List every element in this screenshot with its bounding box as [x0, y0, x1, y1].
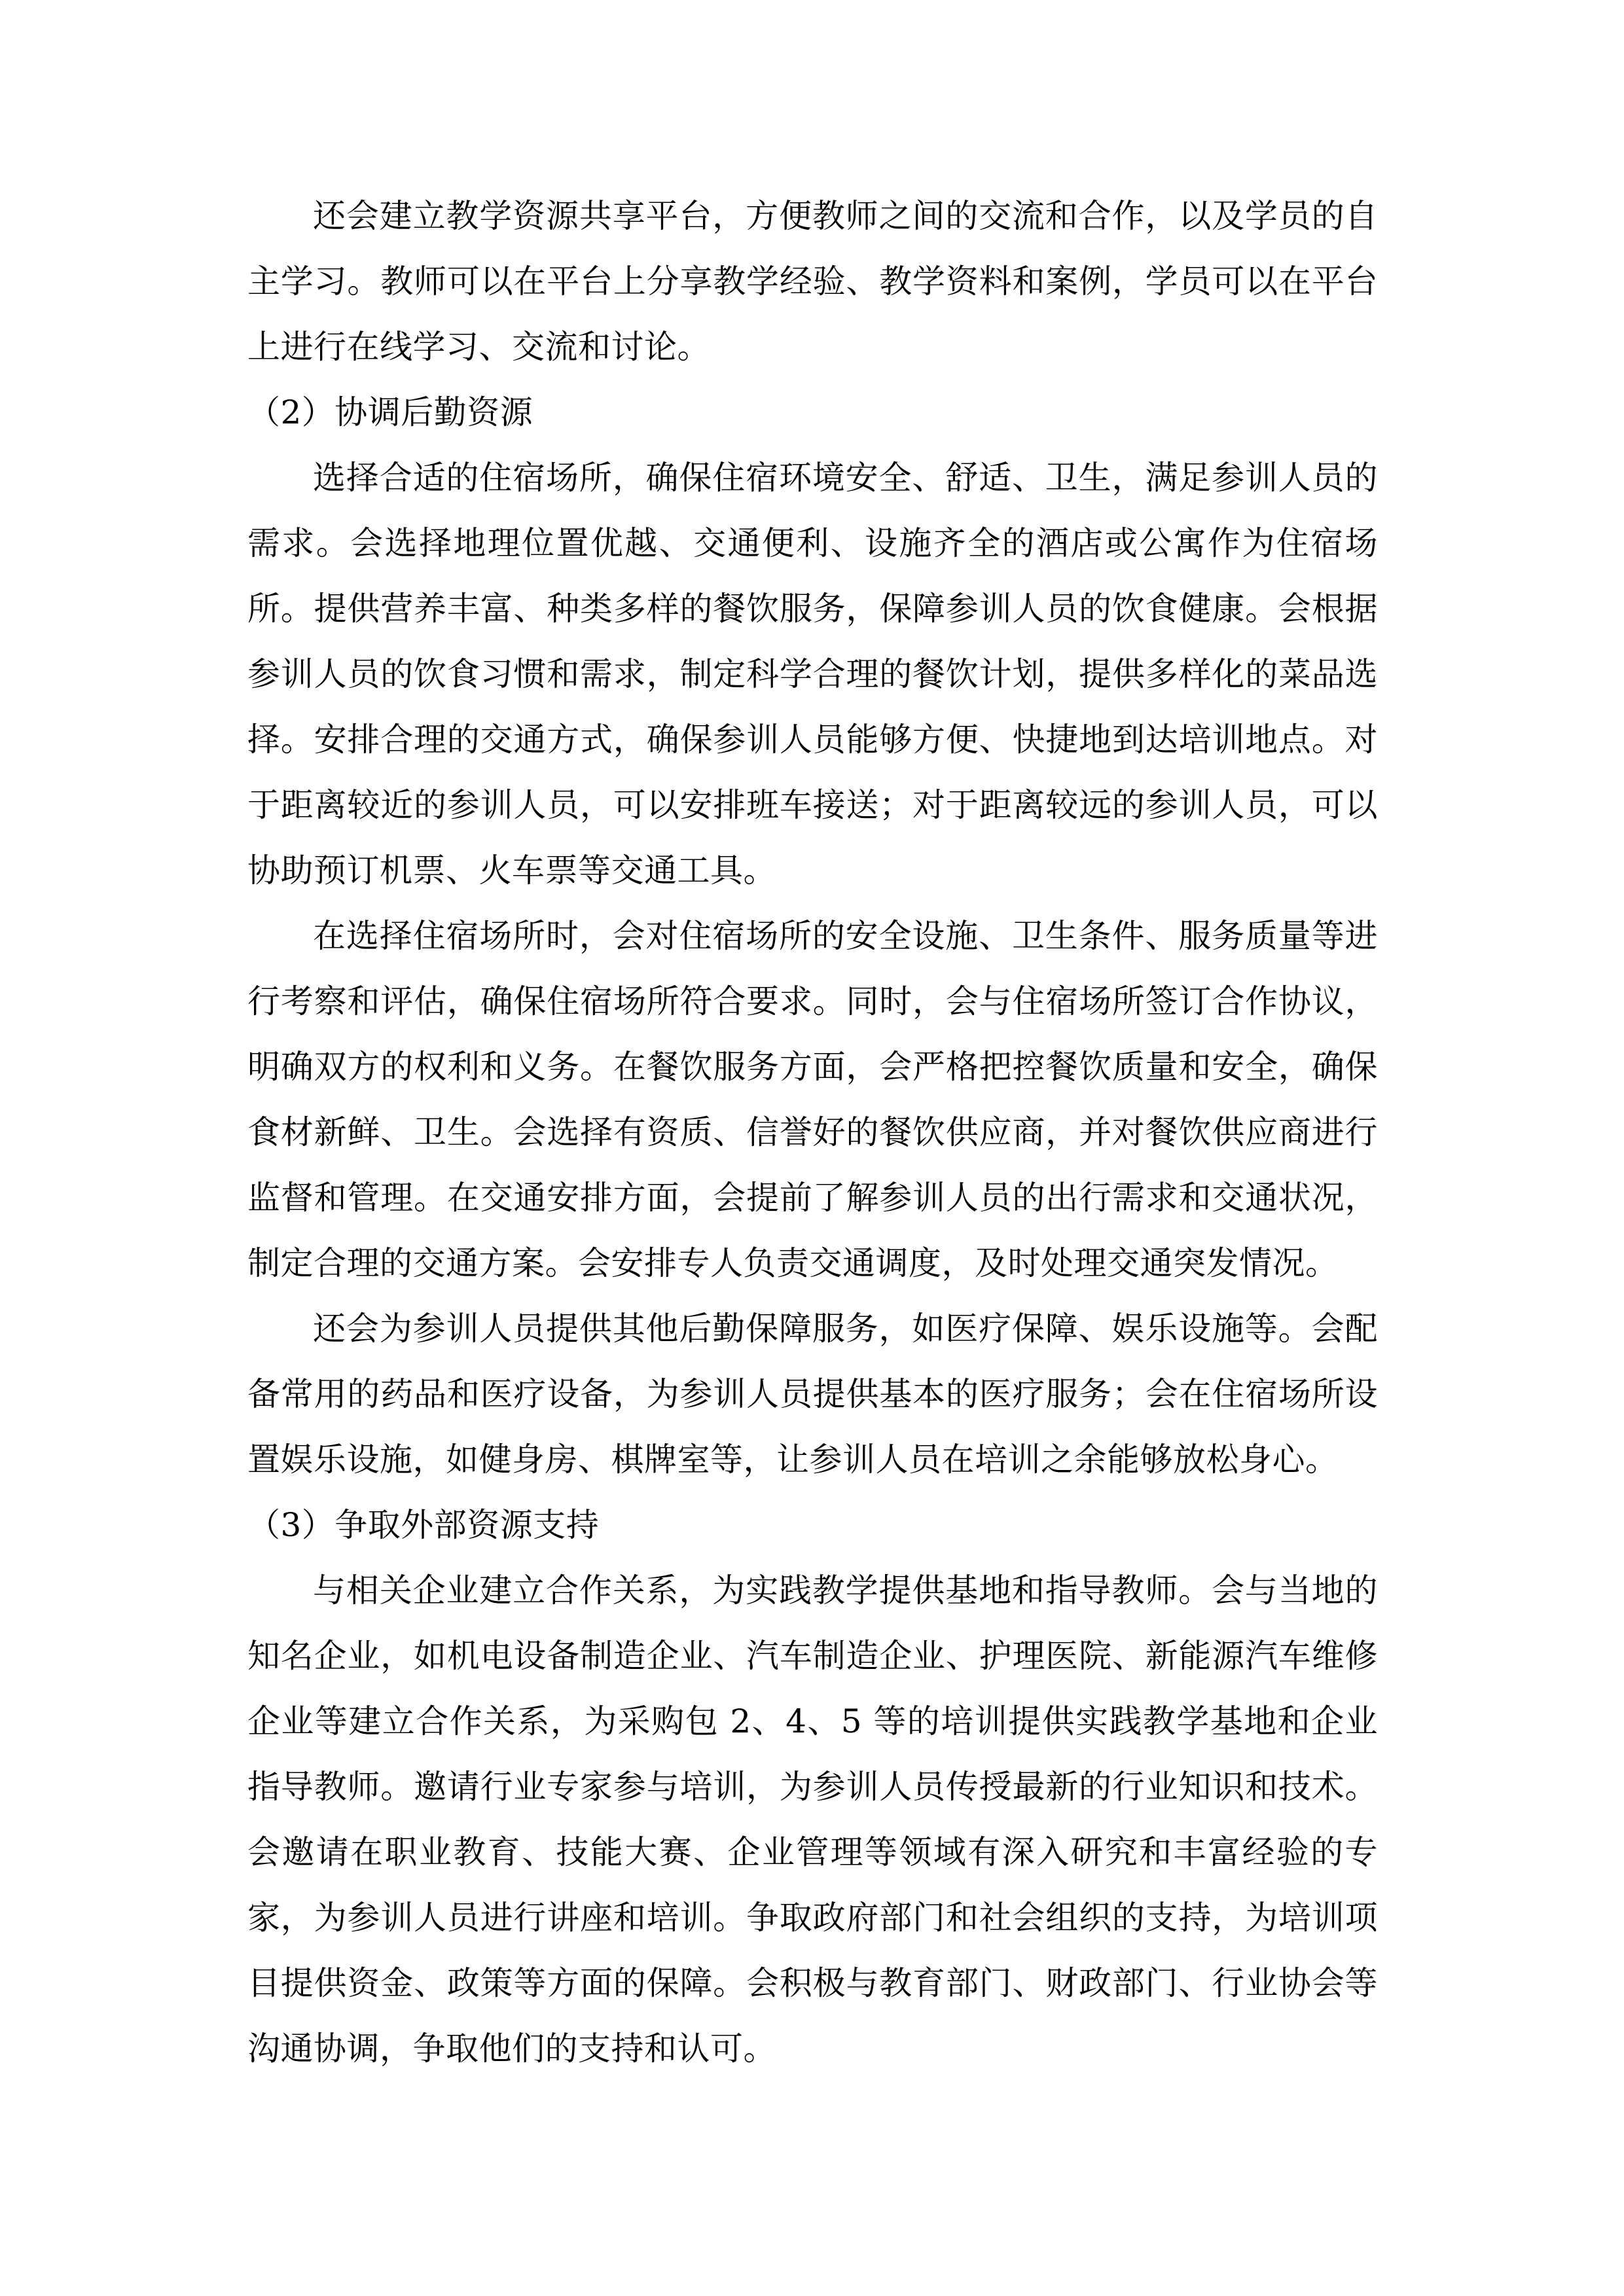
body-paragraph: 与相关企业建立合作关系，为实践教学提供基地和指导教师。会与当地的知名企业，如机电… [247, 1558, 1378, 2081]
document-body: 还会建立教学资源共享平台，方便教师之间的交流和合作，以及学员的自主学习。教师可以… [247, 183, 1378, 2081]
body-paragraph: 还会为参训人员提供其他后勤保障服务，如医疗保障、娱乐设施等。会配备常用的药品和医… [247, 1296, 1378, 1492]
section-heading: （2）协调后勤资源 [247, 380, 1378, 445]
body-paragraph: 选择合适的住宿场所，确保住宿环境安全、舒适、卫生，满足参训人员的需求。会选择地理… [247, 445, 1378, 903]
body-paragraph: 在选择住宿场所时，会对住宿场所的安全设施、卫生条件、服务质量等进行考察和评估，确… [247, 903, 1378, 1296]
document-page: 还会建立教学资源共享平台，方便教师之间的交流和合作，以及学员的自主学习。教师可以… [0, 0, 1624, 2296]
section-heading: （3）争取外部资源支持 [247, 1492, 1378, 1558]
body-paragraph: 还会建立教学资源共享平台，方便教师之间的交流和合作，以及学员的自主学习。教师可以… [247, 183, 1378, 380]
